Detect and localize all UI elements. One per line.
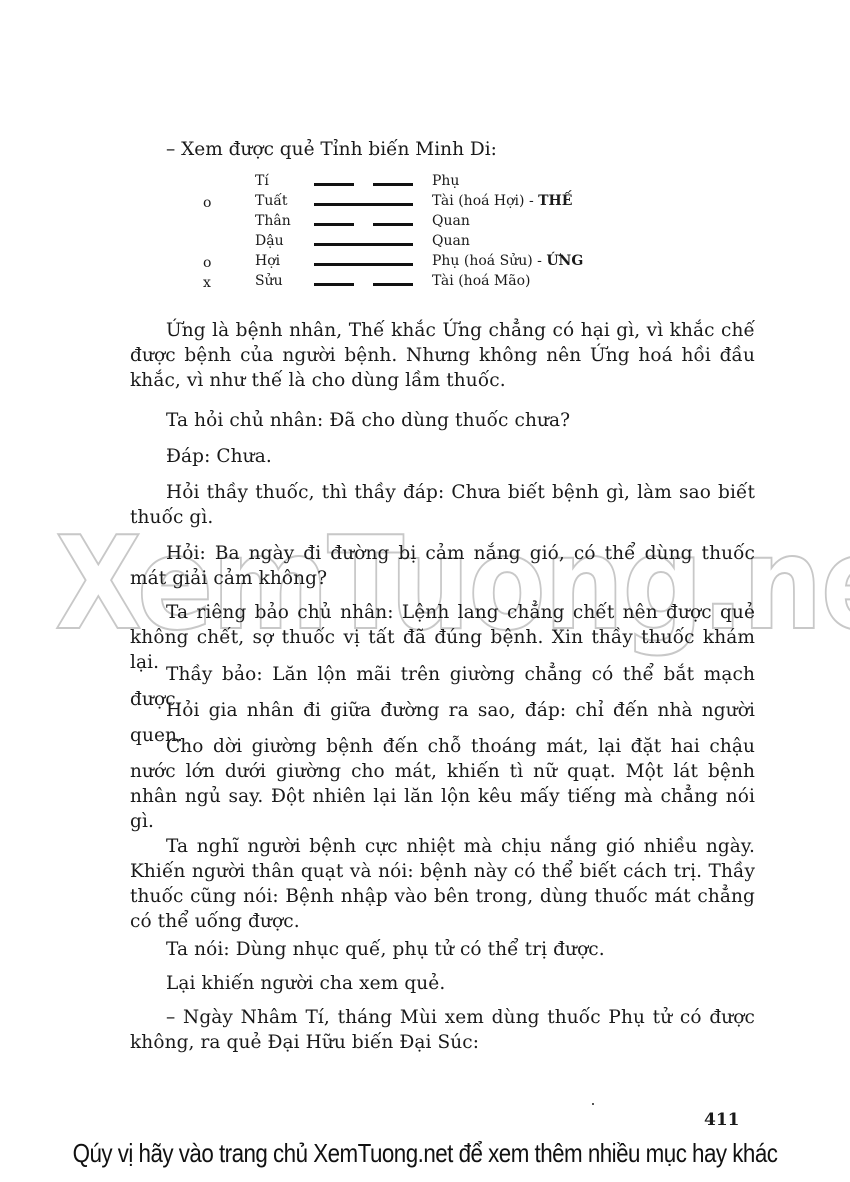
page-number: 411 — [704, 1110, 740, 1130]
yin-line — [314, 223, 413, 227]
yin-line — [314, 183, 413, 187]
yang-line — [314, 203, 413, 207]
moving-mark: o — [203, 195, 211, 211]
paragraph: Cho dời giường bệnh đến chỗ thoáng mát, … — [130, 734, 755, 834]
hexagram-row: x Sửu Tài (hoá Mão) — [0, 273, 850, 293]
yang-line — [314, 243, 413, 247]
paragraph: Hỏi: Ba ngày đi đường bị cảm nắng gió, c… — [130, 541, 755, 591]
relation: Tài (hoá Hợi) - THẾ — [432, 193, 572, 209]
paragraph: Ta hỏi chủ nhân: Đã cho dùng thuốc chưa? — [130, 408, 755, 433]
relation: Phụ — [432, 173, 459, 189]
relation: Quan — [432, 233, 470, 249]
yin-line — [314, 283, 413, 287]
moving-mark: o — [203, 255, 211, 271]
the-tag: THẾ — [538, 193, 572, 209]
hexagram-row: o Hợi Phụ (hoá Sửu) - ỨNG — [0, 253, 850, 273]
footer-banner: Qúy vị hãy vào trang chủ XemTuong.net để… — [60, 1138, 791, 1169]
earthly-branch: Dậu — [255, 233, 284, 249]
relation: Quan — [432, 213, 470, 229]
yang-line — [314, 263, 413, 267]
paragraph: Ứng là bệnh nhân, Thế khắc Ứng chẳng có … — [130, 318, 755, 393]
paragraph: Lại khiến người cha xem quẻ. — [130, 971, 755, 996]
print-speck — [592, 1103, 594, 1105]
hexagram-row: Dậu Quan — [0, 233, 850, 253]
paragraph: Ta nói: Dùng nhục quế, phụ tử có thể trị… — [130, 937, 755, 962]
earthly-branch: Tuất — [255, 193, 288, 209]
ung-tag: ỨNG — [546, 253, 583, 269]
earthly-branch: Sửu — [255, 273, 283, 289]
book-page: XemTuong.net – Xem được quẻ Tỉnh biến Mi… — [0, 0, 850, 1182]
hexagram-row: o Tuất Tài (hoá Hợi) - THẾ — [0, 193, 850, 213]
earthly-branch: Thân — [255, 213, 291, 229]
paragraph: – Ngày Nhâm Tí, tháng Mùi xem dùng thuốc… — [130, 1005, 755, 1055]
earthly-branch: Hợi — [255, 253, 280, 269]
paragraph: Ta nghĩ người bệnh cực nhiệt mà chịu nắn… — [130, 834, 755, 934]
intro-line: – Xem được quẻ Tỉnh biến Minh Di: — [166, 139, 497, 160]
hexagram-row: Tí Phụ — [0, 173, 850, 193]
moving-mark: x — [203, 275, 211, 291]
paragraph: Đáp: Chưa. — [130, 444, 755, 469]
relation: Phụ (hoá Sửu) - ỨNG — [432, 253, 583, 269]
paragraph: Hỏi thầy thuốc, thì thầy đáp: Chưa biết … — [130, 480, 755, 530]
hexagram-row: Thân Quan — [0, 213, 850, 233]
earthly-branch: Tí — [255, 173, 269, 189]
relation: Tài (hoá Mão) — [432, 273, 531, 289]
